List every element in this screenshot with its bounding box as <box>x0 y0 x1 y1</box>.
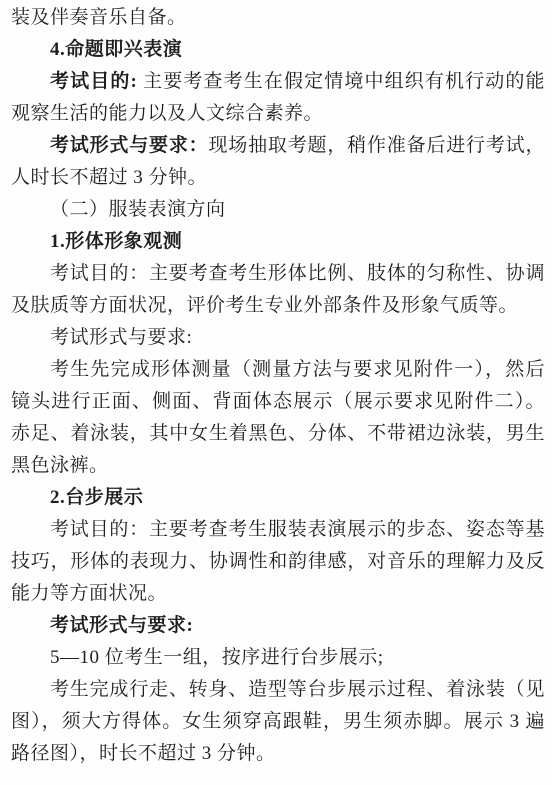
bold-text-segment: 1.形体形象观测 <box>50 231 182 252</box>
section-heading: （二）服装表演方向 <box>11 194 545 226</box>
text-line: 镜头进行正面、侧面、背面体态展示（展示要求见附件二）。要求 <box>11 386 545 418</box>
text-line: 考试形式与要求：现场抽取考题，稍作准备后进行考试，每 <box>11 130 545 162</box>
text-segment: 考试目的：主要考查考生服装表演展示的步态、姿态等基本 <box>50 519 545 546</box>
section-heading: 1.形体形象观测 <box>11 226 545 258</box>
text-line: 黑色泳裤。 <box>11 450 545 482</box>
text-line: 考试形式与要求: <box>11 610 545 642</box>
bold-text-segment: 考试形式与要求： <box>50 135 209 156</box>
text-line: 图），须大方得体。女生须穿高跟鞋，男生须赤脚。展示 3 遍（见 <box>11 706 545 738</box>
text-segment: 路径图），时长不超过 3 分钟。 <box>11 743 276 764</box>
text-line: 考试目的: 主要考查考生在假定情境中组织有机行动的能力、 <box>11 66 545 98</box>
bold-text-segment: 考试形式与要求: <box>50 615 193 636</box>
text-segment: 考生完成行走、转身、造型等台步展示过程、着泳装（见配 <box>50 679 545 706</box>
page: { "page": { "background": "#fefefe", "te… <box>0 0 552 785</box>
section-heading: 4.命题即兴表演 <box>11 34 545 66</box>
text-line: 5—10 位考生一组，按序进行台步展示; <box>11 642 545 674</box>
text-segment: 能力等方面状况。 <box>11 583 167 604</box>
text-segment: 考试形式与要求: <box>50 327 192 348</box>
text-line: 考生先完成形体测量（测量方法与要求见附件一），然后面对 <box>11 354 545 386</box>
text-segment: 考生先完成形体测量（测量方法与要求见附件一），然后面对 <box>50 359 545 386</box>
bold-text-segment: 考试目的: <box>50 71 137 92</box>
text-line: 技巧，形体的表现力、协调性和韵律感，对音乐的理解力及反应 <box>11 546 545 578</box>
text-segment: 观察生活的能力以及人文综合素养。 <box>11 103 323 124</box>
text-segment: 及肤质等方面状况，评价考生专业外部条件及形象气质等。 <box>11 295 518 316</box>
document: 装及伴奏音乐自备。4.命题即兴表演考试目的: 主要考查考生在假定情境中组织有机行… <box>0 0 552 785</box>
text-line: 考生完成行走、转身、造型等台步展示过程、着泳装（见配 <box>11 674 545 706</box>
text-segment: 人时长不超过 3 分钟。 <box>11 167 207 188</box>
bold-text-segment: 2.台步展示 <box>50 487 143 508</box>
text-line: 赤足、着泳装，其中女生着黑色、分体、不带裙边泳装，男生着 <box>11 418 545 450</box>
text-line: 人时长不超过 3 分钟。 <box>11 162 545 194</box>
section-heading: 2.台步展示 <box>11 482 545 514</box>
text-line: 考试目的：主要考查考生形体比例、肢体的匀称性、协调性 <box>11 258 545 290</box>
text-segment: 考试目的：主要考查考生形体比例、肢体的匀称性、协调性 <box>50 263 545 290</box>
text-line: 及肤质等方面状况，评价考生专业外部条件及形象气质等。 <box>11 290 545 322</box>
text-segment: 技巧，形体的表现力、协调性和韵律感，对音乐的理解力及反应 <box>11 551 545 578</box>
text-segment: 装及伴奏音乐自备。 <box>11 7 187 28</box>
text-line: 装及伴奏音乐自备。 <box>11 2 545 34</box>
text-segment: 镜头进行正面、侧面、背面体态展示（展示要求见附件二）。要求 <box>11 391 545 418</box>
text-segment: （二）服装表演方向 <box>50 199 226 220</box>
text-segment: 赤足、着泳装，其中女生着黑色、分体、不带裙边泳装，男生着 <box>11 423 545 450</box>
text-line: 观察生活的能力以及人文综合素养。 <box>11 98 545 130</box>
text-line: 路径图），时长不超过 3 分钟。 <box>11 738 545 770</box>
bold-text-segment: 4.命题即兴表演 <box>50 39 182 60</box>
text-line: 考试形式与要求: <box>11 322 545 354</box>
text-segment: 5—10 位考生一组，按序进行台步展示; <box>50 647 384 668</box>
text-segment: 图），须大方得体。女生须穿高跟鞋，男生须赤脚。展示 3 遍（见 <box>11 711 545 738</box>
text-line: 考试目的：主要考查考生服装表演展示的步态、姿态等基本 <box>11 514 545 546</box>
text-line: 能力等方面状况。 <box>11 578 545 610</box>
text-segment: 黑色泳裤。 <box>11 455 109 476</box>
